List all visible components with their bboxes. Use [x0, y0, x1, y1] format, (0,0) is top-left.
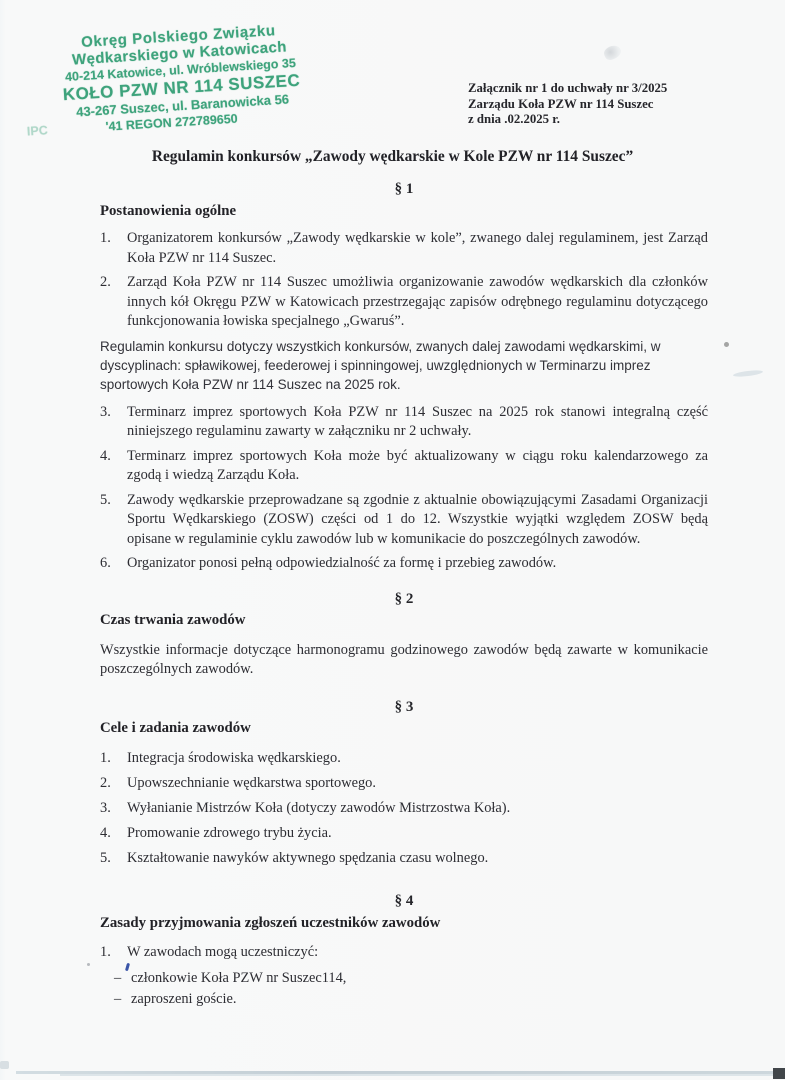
list-item-text: Organizatorem konkursów „Zawody wędkarsk… [127, 229, 708, 268]
list-item-text: Terminarz imprez sportowych Koła PZW nr … [127, 403, 708, 442]
document-body: § 1 Postanowienia ogólne 1. Organizatore… [100, 176, 708, 1011]
list-item: 3. Wyłanianie Mistrzów Koła (dotyczy zaw… [100, 799, 708, 819]
section-3-heading: Cele i zadania zawodów [100, 719, 708, 739]
list-item: 5. Zawody wędkarskie przeprowadzane są z… [100, 491, 708, 550]
reference-line: Załącznik nr 1 do uchwały nr 3/2025 [468, 81, 667, 97]
list-item-number: 5. [100, 491, 127, 550]
list-item-number: 3. [100, 403, 127, 442]
list-item: 1. Integracja środowiska wędkarskiego. [100, 749, 708, 769]
list-item-number: 5. [100, 849, 127, 869]
list-item-text: Terminarz imprez sportowych Koła może by… [127, 447, 708, 486]
section-4-heading: Zasady przyjmowania zgłoszeń uczestników… [100, 914, 708, 934]
goals-list: 1. Integracja środowiska wędkarskiego. 2… [100, 749, 708, 869]
dash-marker: – [114, 989, 131, 1011]
list-item: 1. Organizatorem konkursów „Zawody wędka… [100, 229, 708, 268]
scan-edge-line [60, 1074, 785, 1076]
list-item: 2. Zarząd Koła PZW nr 114 Suszec umożliw… [100, 273, 708, 332]
dash-marker: – [114, 968, 131, 990]
reference-line: Zarządu Koła PZW nr 114 Suszec [468, 97, 667, 113]
dash-item-text: członkowie Koła PZW nr Suszec114, [131, 968, 346, 990]
list-item-text: Integracja środowiska wędkarskiego. [127, 749, 708, 769]
scan-smudge [602, 43, 623, 62]
list-item: 2. Upowszechnianie wędkarstwa sportowego… [100, 774, 708, 794]
list-item-text: Kształtowanie nawyków aktywnego spędzani… [127, 849, 708, 869]
scan-dot [87, 963, 90, 966]
list-item: 3. Terminarz imprez sportowych Koła PZW … [100, 403, 708, 442]
list-item-number: 2. [100, 273, 127, 332]
stamp-illegible-fragment: IPC [26, 122, 48, 139]
list-item-text: Wyłanianie Mistrzów Koła (dotyczy zawodó… [127, 799, 708, 819]
list-item-number: 4. [100, 447, 127, 486]
section-3-mark: § 3 [100, 698, 708, 718]
list-item-number: 1. [100, 943, 127, 963]
scan-corner-mark [773, 1068, 785, 1079]
list-item-text: W zawodach mogą uczestniczyć: [127, 943, 708, 963]
attachment-reference: Załącznik nr 1 do uchwały nr 3/2025 Zarz… [468, 81, 667, 128]
list-item: 4. Promowanie zdrowego trybu życia. [100, 824, 708, 844]
section-1-heading: Postanowienia ogólne [100, 202, 708, 222]
list-item-text: Zawody wędkarskie przeprowadzane są zgod… [127, 491, 708, 550]
inserted-note-paragraph: Regulamin konkursu dotyczy wszystkich ko… [100, 337, 674, 394]
club-stamp: Okręg Polskiego Związku Wędkarskiego w K… [19, 18, 343, 139]
list-item-number: 6. [100, 554, 127, 574]
list-item: 1. W zawodach mogą uczestniczyć: [100, 943, 708, 963]
list-item: 5. Kształtowanie nawyków aktywnego spędz… [100, 849, 708, 869]
list-item-number: 1. [100, 749, 127, 769]
list-item-text: Upowszechnianie wędkarstwa sportowego. [127, 774, 708, 794]
section-2-heading: Czas trwania zawodów [100, 611, 708, 631]
dash-list-item: – członkowie Koła PZW nr Suszec114, [114, 968, 708, 990]
list-item-number: 2. [100, 774, 127, 794]
list-item-text: Promowanie zdrowego trybu życia. [127, 824, 708, 844]
scan-dot [724, 342, 729, 347]
list-item-number: 3. [100, 799, 127, 819]
section-4-mark: § 4 [100, 892, 708, 912]
scan-fleck [0, 1061, 9, 1069]
list-item: 6. Organizator ponosi pełną odpowiedzial… [100, 554, 708, 574]
section-1-mark: § 1 [100, 180, 708, 200]
list-item-text: Zarząd Koła PZW nr 114 Suszec umożliwia … [127, 273, 708, 332]
dash-list-item: – zaproszeni goście. [114, 989, 708, 1011]
reference-line: z dnia .02.2025 r. [468, 112, 667, 128]
list-item-number: 1. [100, 229, 127, 268]
list-item: 4. Terminarz imprez sportowych Koła może… [100, 447, 708, 486]
section-2-mark: § 2 [100, 590, 708, 610]
scan-smudge [733, 369, 763, 378]
document-title: Regulamin konkursów „Zawody wędkarskie w… [0, 148, 785, 166]
list-item-number: 4. [100, 824, 127, 844]
list-item-text: Organizator ponosi pełną odpowiedzialnoś… [127, 554, 708, 574]
dash-item-text: zaproszeni goście. [131, 989, 237, 1011]
scanned-document-page: Okręg Polskiego Związku Wędkarskiego w K… [0, 0, 785, 1080]
section-2-paragraph: Wszystkie informacje dotyczące harmonogr… [100, 641, 708, 680]
